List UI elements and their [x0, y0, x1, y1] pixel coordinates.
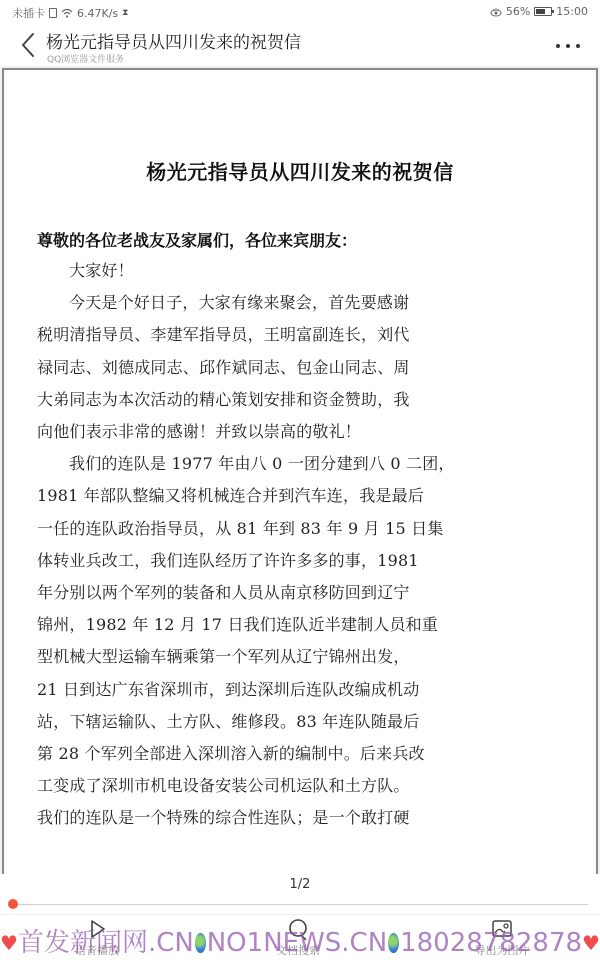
document-line: 21 日到达广东省深圳市，到达深圳后连队改编成机动 — [37, 677, 419, 700]
bottom-toolbar: 语音播放 文档搜索 导出为图片 — [0, 915, 600, 960]
export-image-label: 导出为图片 — [442, 942, 562, 958]
document-line: 工变成了深圳市机电设备安装公司机运队和土方队。 — [37, 773, 410, 796]
search-icon — [287, 918, 309, 940]
document-line: 型机械大型运输车辆乘第一个军列从辽宁锦州出发， — [37, 644, 410, 667]
carrier-label: 未插卡 — [12, 5, 45, 21]
export-image-button[interactable]: 导出为图片 — [442, 918, 562, 958]
document-line: 第 28 个军列全部进入深圳溶入新的编制中。后来兵改 — [37, 741, 425, 764]
voice-play-button[interactable]: 语音播放 — [37, 918, 157, 958]
clock: 15:00 — [556, 5, 588, 18]
document-search-label: 文档搜索 — [238, 942, 358, 958]
status-right: 56% 15:00 — [490, 5, 588, 18]
voice-play-label: 语音播放 — [37, 942, 157, 958]
back-button[interactable] — [16, 30, 40, 60]
document-line: 向他们表示非常的感谢！并致以崇高的敬礼！ — [37, 419, 361, 442]
page-indicator: 1/2 — [0, 877, 600, 892]
sim-icon — [49, 8, 57, 18]
title-bar: 杨光元指导员从四川发来的祝贺信 QQ浏览器文件服务 — [0, 24, 600, 68]
document-line: 今天是个好日子，大家有缘来聚会，首先要感谢 — [69, 290, 409, 313]
wifi-icon — [61, 8, 73, 18]
document-viewer[interactable]: 杨光元指导员从四川发来的祝贺信 尊敬的各位老战友及家属们，各位来宾朋友： 大家好… — [0, 66, 600, 874]
document-line: 站，下辖运输队、土方队、维修段。83 年连队随最后 — [37, 709, 419, 732]
document-page: 杨光元指导员从四川发来的祝贺信 尊敬的各位老战友及家属们，各位来宾朋友： 大家好… — [2, 68, 598, 874]
eye-comfort-icon — [490, 7, 502, 17]
document-line: 大弟同志为本次活动的精心策划安排和资金赞助，我 — [37, 387, 410, 410]
chevron-left-icon — [16, 30, 40, 60]
document-line: 税明清指导员、李建军指导员，王明富副连长，刘代 — [37, 322, 410, 345]
status-left: 未插卡 6.47K/s ⧗ — [12, 5, 128, 21]
battery-icon — [534, 7, 552, 16]
document-line: 我们的连队是 1977 年由八 0 一团分建到八 0 二团， — [69, 451, 455, 474]
document-line: 禄同志、刘德成同志、邱作斌同志、包金山同志、周 — [37, 355, 410, 378]
more-dot-icon — [566, 44, 570, 48]
document-line: 我们的连队是一个特殊的综合性连队；是一个敢打硬 — [37, 805, 410, 828]
play-icon — [86, 918, 108, 940]
more-dot-icon — [576, 44, 580, 48]
more-dot-icon — [556, 44, 560, 48]
document-line: 大家好！ — [69, 258, 134, 281]
document-line: 年分别以两个军列的装备和人员从南京移防回到辽宁 — [37, 580, 410, 603]
document-line: 一任的连队政治指导员，从 81 年到 83 年 9 月 15 日集 — [37, 516, 444, 539]
page-progress-thumb[interactable] — [8, 899, 18, 909]
status-bar: 未插卡 6.47K/s ⧗ 56% 15:00 — [0, 0, 600, 24]
document-salutation: 尊敬的各位老战友及家属们，各位来宾朋友： — [37, 228, 357, 251]
document-line: 锦州，1982 年 12 月 17 日我们连队近半建制人员和重 — [37, 612, 438, 635]
window-title: 杨光元指导员从四川发来的祝贺信 — [46, 28, 301, 53]
document-search-button[interactable]: 文档搜索 — [238, 918, 358, 958]
battery-percent: 56% — [506, 5, 530, 18]
document-line: 体转业兵改工，我们连队经历了许许多多的事，1981 — [37, 548, 419, 571]
document-heading: 杨光元指导员从四川发来的祝贺信 — [4, 156, 596, 185]
more-options-button[interactable] — [556, 36, 580, 56]
page-progress-slider[interactable] — [13, 904, 588, 905]
window-subtitle: QQ浏览器文件服务 — [47, 52, 124, 65]
network-speed: 6.47K/s — [77, 7, 118, 20]
image-icon — [491, 918, 513, 940]
document-line: 1981 年部队整编又将机械连合并到汽车连，我是最后 — [37, 483, 424, 506]
hourglass-icon: ⧗ — [122, 8, 128, 18]
